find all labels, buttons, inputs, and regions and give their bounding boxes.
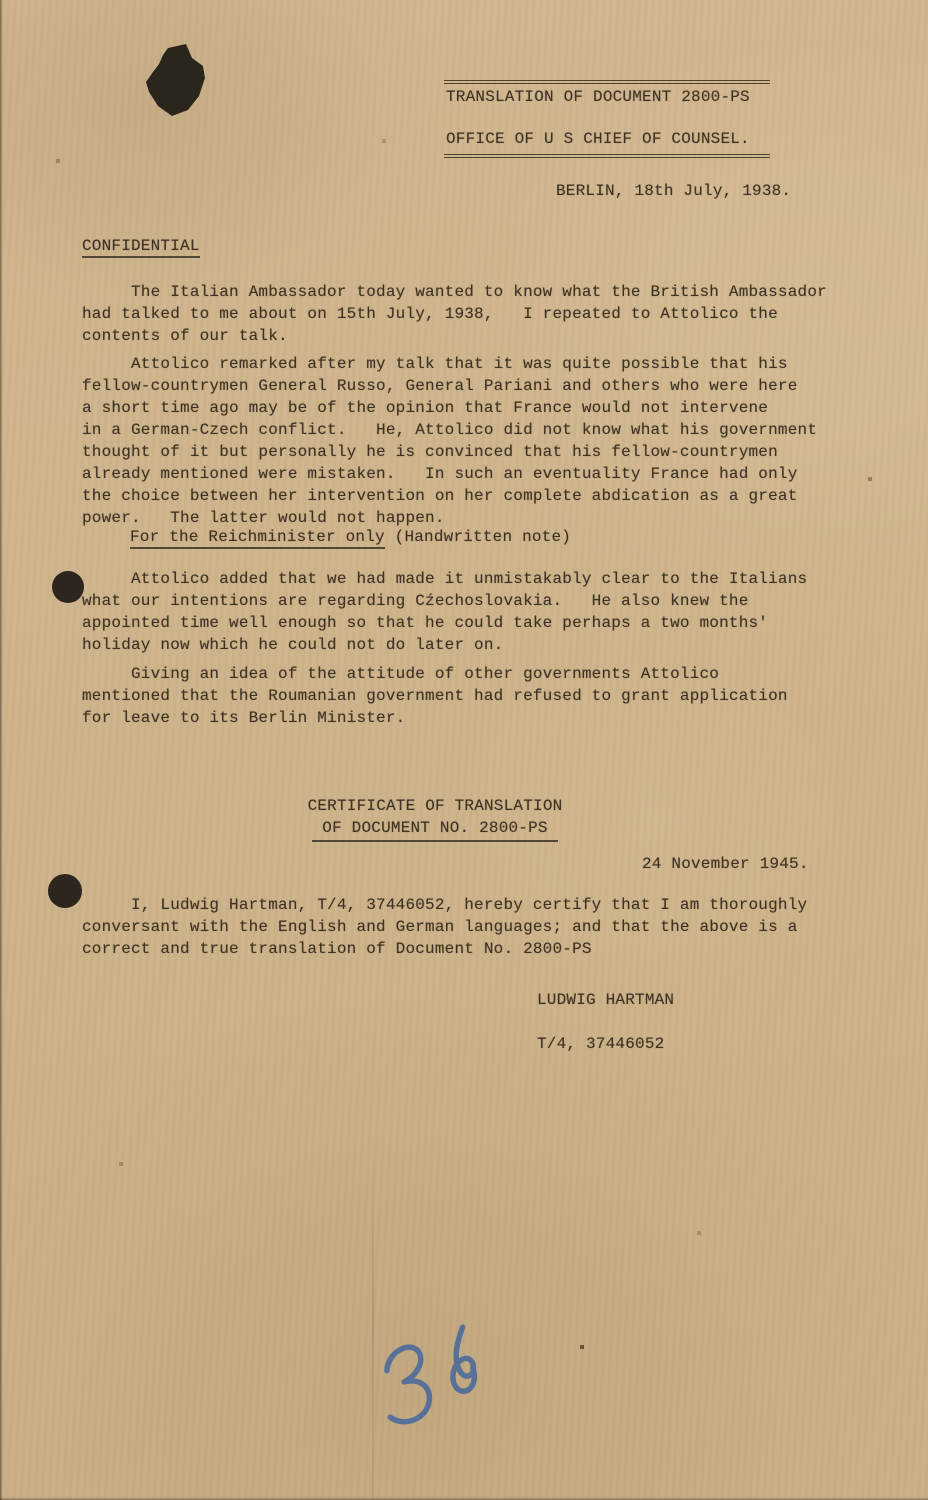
translation-stamp: TRANSLATION OF DOCUMENT 2800-PS OFFICE O… bbox=[444, 80, 770, 158]
classification-heading: CONFIDENTIAL bbox=[82, 237, 200, 258]
paragraph-4: Giving an idea of the attitude of other … bbox=[82, 663, 788, 729]
certificate-title: CERTIFICATE OF TRANSLATION OF DOCUMENT N… bbox=[270, 795, 600, 842]
scanned-document-page: { "header_stamp": { "line1": "TRANSLATIO… bbox=[0, 0, 928, 1500]
dateline: BERLIN, 18th July, 1938. bbox=[556, 182, 791, 200]
paragraph-2: Attolico remarked after my talk that it … bbox=[82, 353, 817, 529]
stamp-line1: TRANSLATION OF DOCUMENT 2800-PS bbox=[446, 88, 750, 106]
paragraph-3: Attolico added that we had made it unmis… bbox=[82, 568, 807, 656]
pencil-strokes bbox=[373, 1327, 482, 1426]
page-left-edge bbox=[0, 0, 3, 1500]
stamp-line2: OFFICE OF U S CHIEF OF COUNSEL. bbox=[446, 130, 750, 148]
certificate-body: I, Ludwig Hartman, T/4, 37446052, hereby… bbox=[82, 894, 807, 960]
pencil-page-number bbox=[362, 1318, 512, 1448]
signature-name: LUDWIG HARTMAN bbox=[537, 991, 674, 1009]
reichminister-note-heading: For the Reichminister only (Handwritten … bbox=[130, 528, 571, 546]
note-heading-underlined: For the Reichminister only bbox=[130, 528, 385, 549]
paper-background bbox=[0, 0, 928, 1500]
certificate-title-line1: CERTIFICATE OF TRANSLATION bbox=[308, 797, 563, 815]
signature-block: LUDWIG HARTMAN T/4, 37446052 bbox=[537, 989, 674, 1055]
paragraph-1: The Italian Ambassador today wanted to k… bbox=[82, 281, 827, 347]
note-heading-rest: (Handwritten note) bbox=[385, 528, 571, 546]
signature-id: T/4, 37446052 bbox=[537, 1035, 664, 1053]
certificate-title-line2: OF DOCUMENT NO. 2800-PS bbox=[312, 817, 557, 842]
certificate-date: 24 November 1945. bbox=[642, 855, 809, 873]
